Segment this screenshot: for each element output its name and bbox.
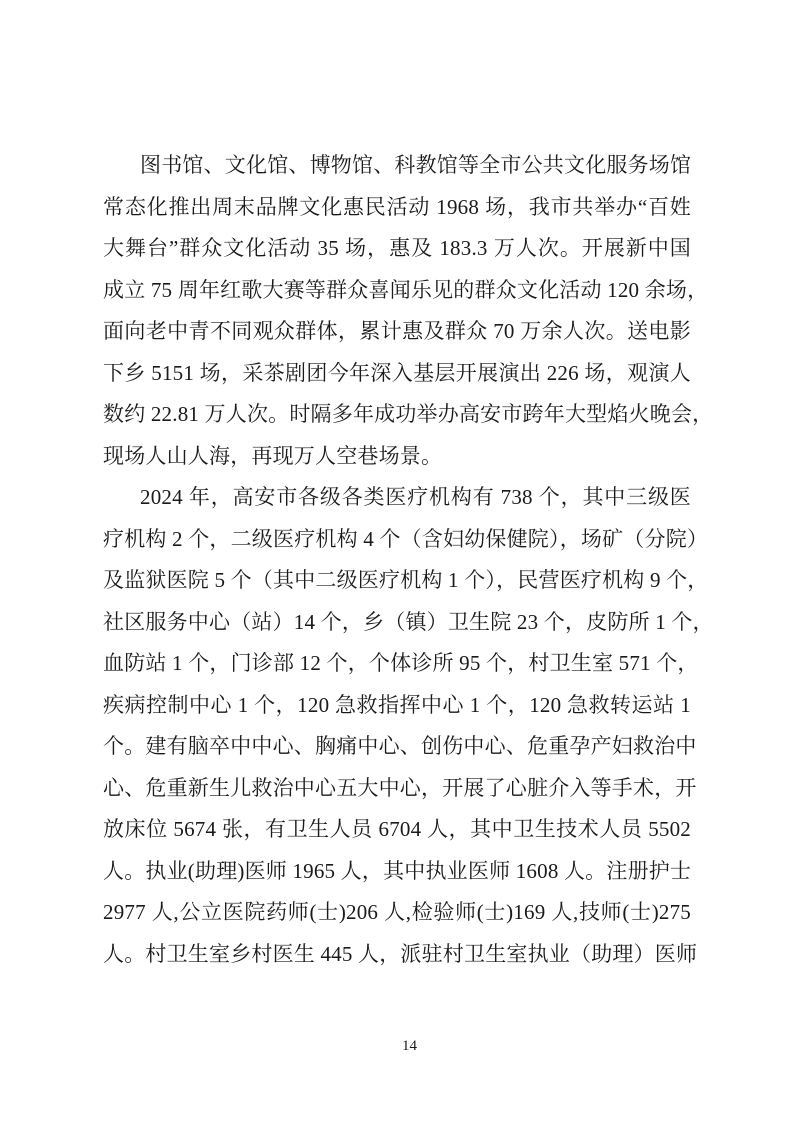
text-line: 成立 75 周年红歌大赛等群众喜闻乐见的群众文化活动 120 余场，	[103, 270, 691, 312]
text-line: 人。村卫生室乡村医生 445 人，派驻村卫生室执业（助理）医师	[103, 934, 691, 976]
text-line: 2977 人,公立医院药师(士)206 人,检验师(士)169 人,技师(士)2…	[103, 892, 691, 934]
text-line: 2024 年，高安市各级各类医疗机构有 738 个，其中三级医	[103, 477, 691, 519]
text-line: 下乡 5151 场，采茶剧团今年深入基层开展演出 226 场，观演人	[103, 353, 691, 395]
text-line: 个。建有脑卒中中心、胸痛中心、创伤中心、危重孕产妇救治中	[103, 726, 691, 768]
text-line: 图书馆、文化馆、博物馆、科教馆等全市公共文化服务场馆	[103, 145, 691, 187]
text-line: 面向老中青不同观众群体，累计惠及群众 70 万余人次。送电影	[103, 311, 691, 353]
text-line: 心、危重新生儿救治中心五大中心，开展了心脏介入等手术，开	[103, 768, 691, 810]
text-line: 血防站 1 个，门诊部 12 个，个体诊所 95 个，村卫生室 571 个，	[103, 643, 691, 685]
page-number: 14	[13, 1038, 793, 1055]
body-text: 图书馆、文化馆、博物馆、科教馆等全市公共文化服务场馆 常态化推出周末品牌文化惠民…	[103, 145, 691, 975]
text-line: 数约 22.81 万人次。时隔多年成功举办高安市跨年大型焰火晚会，	[103, 394, 691, 436]
text-line: 常态化推出周末品牌文化惠民活动 1968 场，我市共举办“百姓	[103, 187, 691, 229]
document-page: 图书馆、文化馆、博物馆、科教馆等全市公共文化服务场馆 常态化推出周末品牌文化惠民…	[0, 0, 793, 1122]
text-line: 疗机构 2 个，二级医疗机构 4 个（含妇幼保健院），场矿（分院）	[103, 519, 691, 561]
text-line: 人。执业(助理)医师 1965 人，其中执业医师 1608 人。注册护士	[103, 851, 691, 893]
text-line: 放床位 5674 张，有卫生人员 6704 人，其中卫生技术人员 5502	[103, 809, 691, 851]
text-line: 大舞台”群众文化活动 35 场，惠及 183.3 万人次。开展新中国	[103, 228, 691, 270]
text-line: 及监狱医院 5 个（其中二级医疗机构 1 个），民营医疗机构 9 个，	[103, 560, 691, 602]
text-line: 社区服务中心（站）14 个，乡（镇）卫生院 23 个，皮防所 1 个，	[103, 602, 691, 644]
text-line: 现场人山人海，再现万人空巷场景。	[103, 436, 691, 478]
text-line: 疾病控制中心 1 个，120 急救指挥中心 1 个，120 急救转运站 1	[103, 685, 691, 727]
